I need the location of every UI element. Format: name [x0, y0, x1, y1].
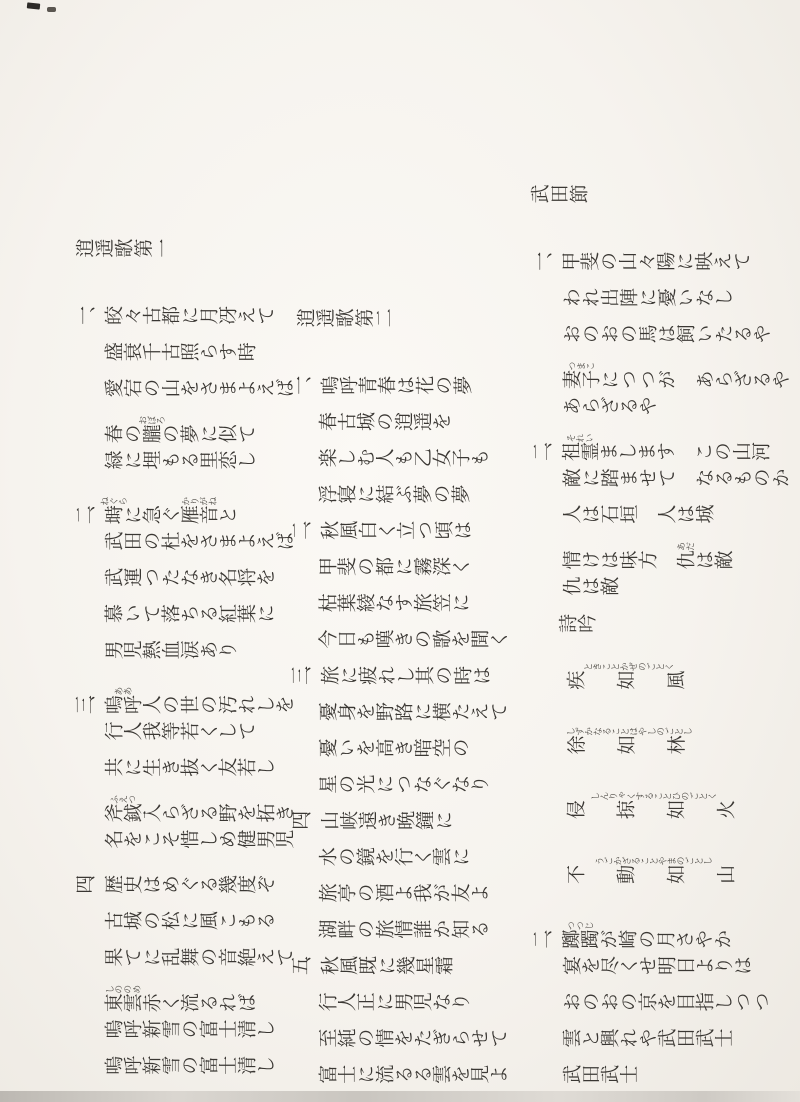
verse-number: 一、 — [74, 307, 104, 328]
lyric-line: 共に生き抜く友若し — [0, 759, 288, 780]
lyric-line: 二、躑躅つつじが崎の月さやか — [480, 921, 800, 952]
furigana: しずかなることはやしのごとし — [566, 727, 692, 737]
lyric-line: 富士に流るる雲を見よ — [288, 1066, 480, 1087]
shigin-heading: 詩吟 — [480, 615, 800, 636]
shigin-phrase: 徐 如 林しずかなることはやしのごとし — [480, 727, 800, 758]
lyric-line: 三、旅に疲れし其の時は — [288, 667, 480, 688]
lyric-line: 今日も嘆きの歌を聞く — [288, 631, 480, 652]
shigin-phrase: 疾 如 風ときことかぜのごとく — [480, 662, 800, 693]
ruby-word: 仇あだ — [676, 551, 695, 572]
song-title: 逍遥歌第一 — [0, 240, 288, 261]
lyric-line: 旅亭の酒よ我が友よ — [288, 884, 480, 905]
section-takeda-bushi: 武田節 一、甲斐の山々陽に映えてわれ出陣に憂いなしおのおの馬は飼いたるや妻子つま… — [480, 101, 800, 1102]
lyric-line: 一、甲斐の山々陽に映えて — [480, 253, 800, 274]
furigana: あだ — [676, 542, 695, 552]
ruby-word: 嗚呼ああ — [104, 696, 142, 717]
verse-number: 二、 — [290, 522, 320, 543]
lyric-line: 妻子つまこにつつが あらざるや — [480, 361, 800, 392]
lyric-line: 二、秋風白く立つ頃は — [288, 522, 480, 543]
furigana: それい — [561, 434, 599, 444]
lyric-line: 人は石垣 人は城 — [480, 506, 800, 527]
scanned-songbook-page: 逍遥歌第一 一、皎々古都に月冴えて盛衰千古照らす時愛宕の山をさまよえば春の朧おぼ… — [0, 0, 800, 1102]
lyric-line: 男児熱血涙あり — [0, 641, 288, 662]
ruby-word: 疾 如 風ときことかぜのごとく — [566, 672, 691, 693]
scan-edge-shadow — [0, 1091, 800, 1102]
lyric-line: 二、祖霊それいまします この山河 — [480, 434, 800, 465]
lyric-line: 武田武士 — [480, 1066, 800, 1087]
verse-number: 二、 — [531, 443, 561, 464]
furigana: かりがね — [180, 497, 218, 507]
lyric-line: 浮寝に結ぶ夢の夢 — [288, 485, 480, 506]
verse: 二、秋風白く立つ頃は甲斐の都に霧深く枯葉綾なす旅笠に今日も嘆きの歌を聞く — [288, 522, 480, 652]
lyric-line: 行人正に男児なり — [288, 993, 480, 1014]
lyric-line: 嗚呼新雪の富士清し — [0, 1020, 288, 1041]
ruby-word: 妻子つまこ — [562, 371, 600, 392]
lyric-line: 三、嗚呼ああ人の世の汚れしを — [0, 687, 288, 718]
verse: 一、嗚呼青春は花の夢春古城の逍遥を楽しむ人も乙女子も浮寝に結ぶ夢の夢 — [288, 377, 480, 507]
song-title: 逍遥歌第二 — [288, 309, 480, 330]
lyric-line: 楽しむ人も乙女子も — [288, 449, 480, 470]
verse: 三、旅に疲れし其の時は憂身を野路に横たえて憂いを高き暗空の星の光につなぐなり — [288, 667, 480, 797]
lyric-line: 武運つたなき名将を — [0, 569, 288, 590]
song-title: 武田節 — [480, 185, 800, 206]
rotated-page-content: 逍遥歌第一 一、皎々古都に月冴えて盛衰千古照らす時愛宕の山をさまよえば春の朧おぼ… — [0, 0, 800, 1102]
verse-number: 五、 — [290, 957, 320, 978]
lyric-line: 斧鉞ふえつ入らざる野を拓き — [0, 795, 288, 826]
verse: 二、塒ねぐらに急ぐ雁音かりがねと武田の杜をさまよえば武運つたなき名将を慕いて落ち… — [0, 497, 288, 663]
ruby-word: 侵 掠 如 火しんりゃくすることひのごとく — [566, 801, 741, 822]
furigana: ときことかぜのごとく — [566, 662, 691, 672]
furigana: しんりゃくすることひのごとく — [566, 792, 741, 802]
lyric-line: 憂いを高き暗空の — [288, 739, 480, 760]
lyric-line: 甲斐の都に霧深く — [288, 558, 480, 579]
ruby-word: 雁音かりがね — [180, 506, 218, 527]
lyric-line: 武田の杜をさまよえば — [0, 533, 288, 554]
furigana: つつじ — [561, 921, 599, 931]
ruby-word: 朧おぼろ — [142, 425, 161, 446]
lyric-line: おのおの馬は飼いたるや — [480, 325, 800, 346]
lyric-line: 五、秋風既に幾星霜 — [288, 957, 480, 978]
lyric-line: 敵に踏ませて なるものか — [480, 469, 800, 490]
lyric-line: あらざるや — [480, 397, 800, 418]
lyric-line: 水の鏡を行く雲に — [288, 848, 480, 869]
lyric-line: 嗚呼新雪の富士清し — [0, 1057, 288, 1078]
ruby-word: 東雲しののめ — [104, 994, 142, 1015]
verse: 一、甲斐の山々陽に映えてわれ出陣に憂いなしおのおの馬は飼いたるや妻子つまこにつつ… — [480, 253, 800, 419]
lyric-line: 愛宕の山をさまよえば — [0, 379, 288, 400]
verse-number: 三、 — [290, 667, 320, 688]
verse-number: 三、 — [74, 696, 104, 717]
ruby-word: 徐 如 林しずかなることはやしのごとし — [566, 736, 692, 757]
lyric-line: 盛衰千古照らす時 — [0, 343, 288, 364]
ruby-word: 塒ねぐら — [104, 506, 123, 527]
lyric-line: 行人我等若くして — [0, 722, 288, 743]
lyric-line: 果てに乱舞の音絶えて — [0, 948, 288, 969]
lyric-line: 春古城の逍遥を — [288, 413, 480, 434]
verse-number: 二、 — [531, 931, 561, 952]
furigana: つまこ — [562, 361, 600, 371]
ruby-word: 躑躅つつじ — [561, 931, 599, 952]
verse: 一、皎々古都に月冴えて盛衰千古照らす時愛宕の山をさまよえば春の朧おぼろの夢に似て… — [0, 307, 288, 473]
lyric-line: 一、皎々古都に月冴えて — [0, 307, 288, 328]
furigana: ねぐら — [100, 497, 127, 507]
lyric-line: 二、塒ねぐらに急ぐ雁音かりがねと — [0, 497, 288, 528]
lyric-line: 雲と興れや武田武士 — [480, 1029, 800, 1050]
lyric-line: 湖畔の旅情誰か知る — [288, 921, 480, 942]
furigana: ああ — [104, 687, 142, 697]
verse-number: 四、 — [74, 876, 104, 897]
lyric-line: 憂身を野路に横たえて — [288, 703, 480, 724]
furigana: うごかざることやまのごとし — [566, 856, 741, 866]
verse: 三、嗚呼ああ人の世の汚れしを行人我等若くして共に生き抜く友若し斧鉞ふえつ入らざる… — [0, 687, 288, 852]
lyric-line: 古城の松に風こもる — [0, 912, 288, 933]
verse: 四、歴史はめぐる幾度ぞ古城の松に風こもる果てに乱舞の音絶えて東雲しののめ赤く流る… — [0, 876, 288, 1078]
furigana: しののめ — [104, 985, 142, 995]
ruby-word: 斧鉞ふえつ — [104, 804, 142, 825]
lyric-line: 情けは味方 仇あだは敵 — [480, 542, 800, 573]
shigin-phrase: 侵 掠 如 火しんりゃくすることひのごとく — [480, 792, 800, 823]
lyric-line: 慕いて落ちる紅葉に — [0, 605, 288, 626]
lyric-line: 名をこそ惜しめ健男児 — [0, 831, 288, 852]
verse-number: 四、 — [290, 812, 320, 833]
lyric-line: 枯葉綾なす旅笠に — [288, 594, 480, 615]
lyric-line: おのおの京を目指しつつ — [480, 993, 800, 1014]
furigana: おぼろ — [138, 416, 165, 426]
verse: 四、山峡遠き晩鐘に水の鏡を行く雲に旅亭の酒よ我が友よ湖畔の旅情誰か知る — [288, 812, 480, 942]
lyric-line: 星の光につなぐなり — [288, 776, 480, 797]
furigana: ふえつ — [104, 795, 142, 805]
shigin-phrase: 不 動 如 山うごかざることやまのごとし — [480, 856, 800, 887]
lyric-line: 四、歴史はめぐる幾度ぞ — [0, 876, 288, 897]
verse: 五、秋風既に幾星霜行人正に男児なり至純の情をたぎらせて富士に流るる雲を見よ — [288, 957, 480, 1087]
lyric-line: 仇は敵 — [480, 578, 800, 599]
ruby-word: 祖霊それい — [561, 443, 599, 464]
lyric-line: 四、山峡遠き晩鐘に — [288, 812, 480, 833]
lyric-line: 東雲しののめ赤く流るれば — [0, 985, 288, 1016]
lyric-line: 宴を尽くせ明日よりは — [480, 957, 800, 978]
verse-number: 一、 — [531, 253, 561, 274]
lyric-line: 至純の情をたぎらせて — [288, 1029, 480, 1050]
lyric-line: われ出陣に憂いなし — [480, 289, 800, 310]
lyric-line: 春の朧おぼろの夢に似て — [0, 416, 288, 447]
verse: 二、祖霊それいまします この山河敵に踏ませて なるものか人は石垣 人は城情けは味… — [480, 434, 800, 599]
verse: 二、躑躅つつじが崎の月さやか宴を尽くせ明日よりはおのおの京を目指しつつ雲と興れや… — [480, 921, 800, 1087]
lyric-line: 緑に埋もる里恋し — [0, 451, 288, 472]
lyric-line: 一、嗚呼青春は花の夢 — [288, 377, 480, 398]
section-shoyoka-2: 逍遥歌第二 一、嗚呼青春は花の夢春古城の逍遥を楽しむ人も乙女子も浮寝に結ぶ夢の夢… — [288, 225, 480, 1102]
verse-number: 一、 — [290, 377, 320, 398]
section-shoyoka-1: 逍遥歌第一 一、皎々古都に月冴えて盛衰千古照らす時愛宕の山をさまよえば春の朧おぼ… — [0, 156, 288, 1102]
ruby-word: 不 動 如 山うごかざることやまのごとし — [566, 866, 741, 887]
